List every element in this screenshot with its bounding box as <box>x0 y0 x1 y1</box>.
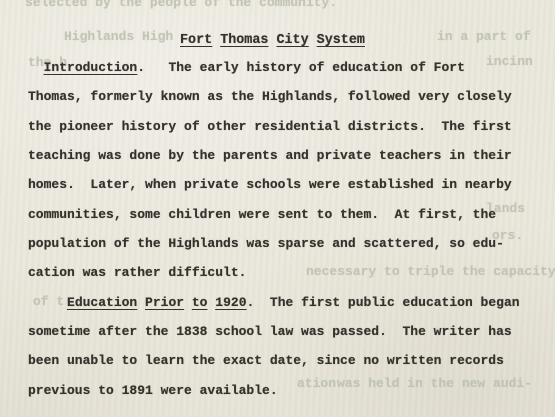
text-line: been unable to learn the exact date, sin… <box>28 346 538 375</box>
ghost-text: in a part of <box>437 30 531 44</box>
text-line: previous to 1891 were available. <box>28 376 538 405</box>
text-line: teaching was done by the parents and pri… <box>28 141 538 170</box>
text-line: the pioneer history of other residential… <box>28 112 538 141</box>
title-word: System <box>317 33 365 48</box>
scanned-document-page: selected by the people of the community.… <box>0 0 555 417</box>
document-body: Introduction. The early history of educa… <box>28 53 538 405</box>
title-word: Thomas <box>220 33 268 48</box>
title-word: Fort <box>180 33 212 48</box>
ghost-text: Highlands High <box>64 30 173 44</box>
ghost-text: selected by the people of the community. <box>25 0 337 10</box>
text-line: sometime after the 1838 school law was p… <box>28 317 538 346</box>
page-title: Fort Thomas City System <box>180 31 365 51</box>
text-line: cation was rather difficult. <box>28 258 538 287</box>
text-line: Education Prior to 1920. The first publi… <box>28 288 538 317</box>
text-line: Introduction. The early history of educa… <box>28 53 538 82</box>
text-line: Thomas, formerly known as the Highlands,… <box>28 82 538 111</box>
title-word: City <box>276 33 308 48</box>
text-line: homes. Later, when private schools were … <box>28 170 538 199</box>
text-line: communities, some children were sent to … <box>28 200 538 229</box>
text-line: population of the Highlands was sparse a… <box>28 229 538 258</box>
